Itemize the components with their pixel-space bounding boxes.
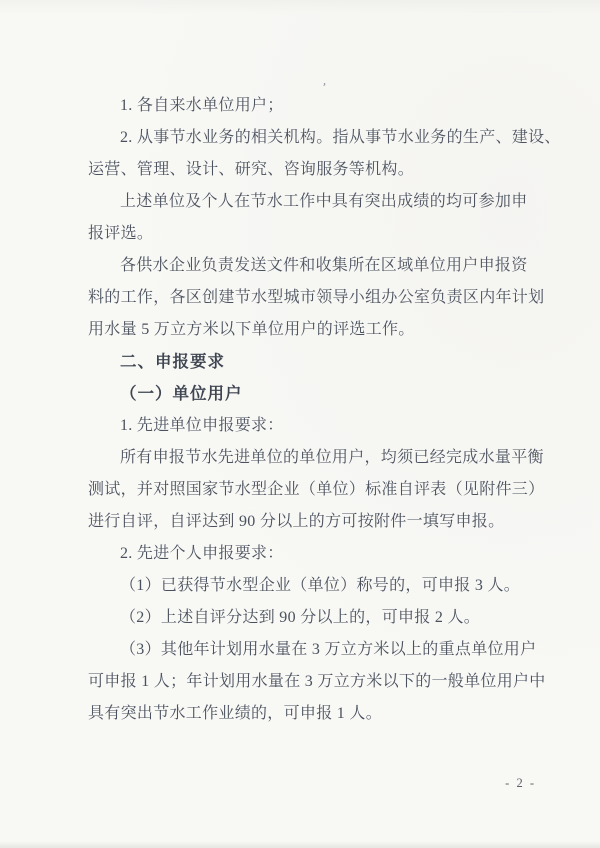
text-line: （3）其他年计划用水量在 3 万立方米以上的重点单位用户	[88, 634, 546, 666]
text-line: 运营、管理、设计、研究、咨询服务等机构。	[88, 154, 546, 186]
text-line: 1. 先进单位申报要求：	[88, 410, 546, 442]
text-line: 2. 先进个人申报要求：	[88, 538, 546, 570]
text-line: 报评选。	[88, 218, 546, 250]
page-number: - 2 -	[505, 776, 536, 791]
text-line: 测试，并对照国家节水型企业（单位）标准自评表（见附件三）	[88, 474, 546, 506]
text-line: 1. 各自来水单位用户；	[88, 90, 546, 122]
text-line: 所有申报节水先进单位的单位用户，均须已经完成水量平衡	[88, 442, 546, 474]
text-line: （1）已获得节水型企业（单位）称号的，可申报 3 人。	[88, 570, 546, 602]
text-line: 具有突出节水工作业绩的，可申报 1 人。	[88, 698, 546, 730]
text-line: 用水量 5 万立方米以下单位用户的评选工作。	[88, 314, 546, 346]
text-line: 各供水企业负责发送文件和收集所在区域单位用户申报资	[88, 250, 546, 282]
text-line: 上述单位及个人在节水工作中具有突出成绩的均可参加申	[88, 186, 546, 218]
document-body: 1. 各自来水单位用户； 2. 从事节水业务的相关机构。指从事节水业务的生产、建…	[88, 90, 546, 730]
text-line: （2）上述自评分达到 90 分以上的，可申报 2 人。	[88, 602, 546, 634]
subsection-heading: （一）单位用户	[88, 378, 546, 410]
text-line: 进行自评，自评达到 90 分以上的方可按附件一填写申报。	[88, 506, 546, 538]
text-line: 2. 从事节水业务的相关机构。指从事节水业务的生产、建设、	[88, 122, 546, 154]
text-line: 可申报 1 人；年计划用水量在 3 万立方米以下的一般单位用户中	[88, 666, 546, 698]
scanned-document-page: ’ 1. 各自来水单位用户； 2. 从事节水业务的相关机构。指从事节水业务的生产…	[0, 0, 600, 848]
text-line: 料的工作，各区创建节水型城市领导小组办公室负责区内年计划	[88, 282, 546, 314]
section-heading: 二、申报要求	[88, 346, 546, 378]
